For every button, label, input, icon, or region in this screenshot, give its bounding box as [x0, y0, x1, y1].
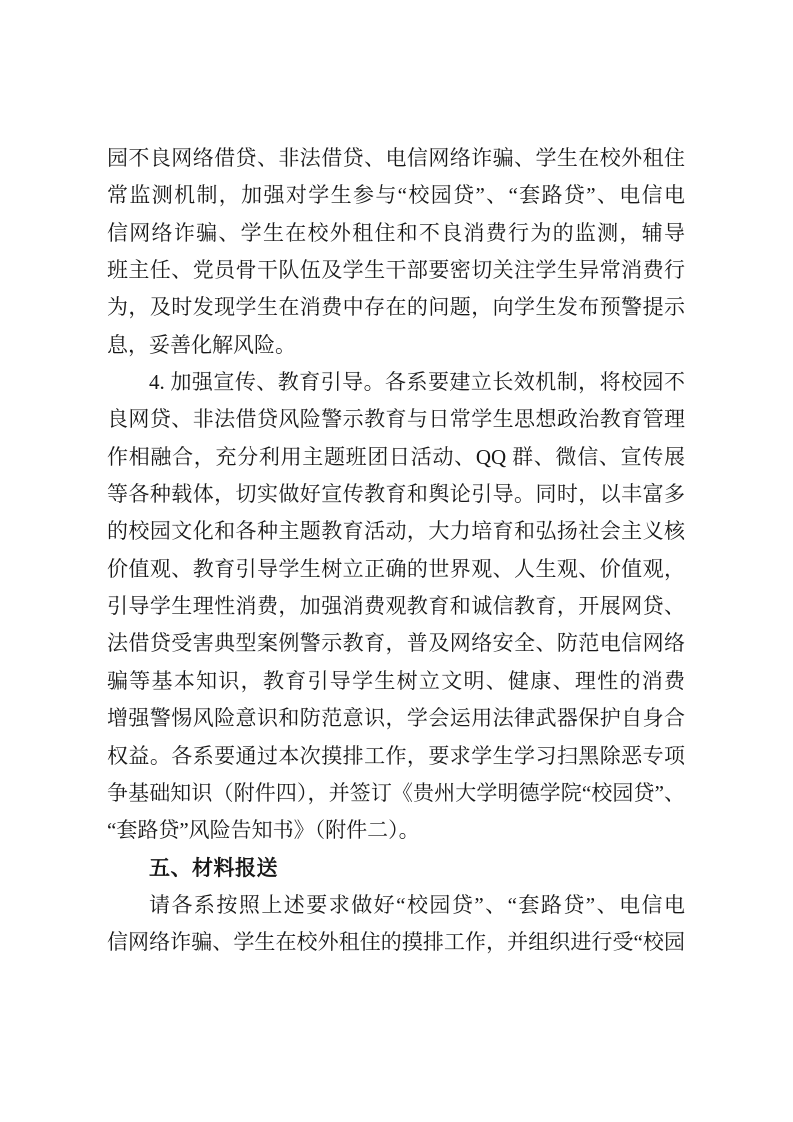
document-line: 权益。各系要通过本次摸排工作，要求学生学习扫黑除恶专项斗 — [107, 738, 685, 775]
document-page: 园不良网络借贷、非法借贷、电信网络诈骗、学生在校外租住日常监测机制，加强对学生参… — [0, 0, 793, 1122]
document-line: 为，及时发现学生在消费中存在的问题，向学生发布预警提示信 — [107, 289, 685, 326]
document-line: 的校园文化和各种主题教育活动，大力培育和弘扬社会主义核心 — [107, 513, 685, 550]
section-heading: 五、材料报送 — [107, 850, 685, 887]
document-line: 引导学生理性消费，加强消费观教育和诚信教育，开展网贷、非 — [107, 588, 685, 625]
document-line: 增强警惕风险意识和防范意识，学会运用法律武器保护自身合法 — [107, 700, 685, 737]
document-line: 班主任、党员骨干队伍及学生干部要密切关注学生异常消费行 — [107, 252, 685, 289]
document-body: 园不良网络借贷、非法借贷、电信网络诈骗、学生在校外租住日常监测机制，加强对学生参… — [107, 140, 685, 962]
document-line: 等各种载体，切实做好宣传教育和舆论引导。同时，以丰富多彩 — [107, 476, 685, 513]
document-line: 信网络诈骗、学生在校外租住和不良消费行为的监测，辅导员、 — [107, 215, 685, 252]
document-line: 争基础知识（附件四），并签订《贵州大学明德学院“校园贷”、 — [107, 775, 685, 812]
document-line: 良网贷、非法借贷风险警示教育与日常学生思想政治教育管理工 — [107, 401, 685, 438]
document-line: “套路贷”风险告知书》（附件二）。 — [107, 812, 685, 849]
document-line: 息，妥善化解风险。 — [107, 327, 685, 364]
document-line: 常监测机制，加强对学生参与“校园贷”、“套路贷”、电信电 — [107, 177, 685, 214]
document-line: 法借贷受害典型案例警示教育，普及网络安全、防范电信网络诈 — [107, 625, 685, 662]
document-line: 4. 加强宣传、教育引导。各系要建立长效机制，将校园不 — [107, 364, 685, 401]
document-line: 信网络诈骗、学生在校外租住的摸排工作，并组织进行受“校园 — [107, 924, 685, 961]
document-line: 作相融合，充分利用主题班团日活动、QQ 群、微信、宣传展板 — [107, 439, 685, 476]
document-line: 价值观、教育引导学生树立正确的世界观、人生观、价值观，要 — [107, 551, 685, 588]
document-line: 骗等基本知识，教育引导学生树立文明、健康、理性的消费观， — [107, 663, 685, 700]
document-line: 请各系按照上述要求做好“校园贷”、“套路贷”、电信电 — [107, 887, 685, 924]
document-line: 园不良网络借贷、非法借贷、电信网络诈骗、学生在校外租住日 — [107, 140, 685, 177]
